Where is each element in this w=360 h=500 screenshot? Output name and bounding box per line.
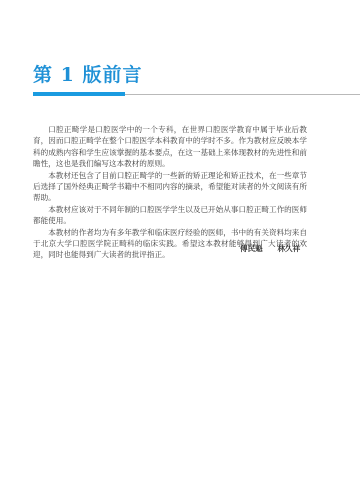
author-name: 林久祥: [277, 244, 300, 253]
preface-body: 口腔正畸学是口腔医学中的一个专科，在世界口腔医学教育中属于毕业后教育，因而口腔正…: [33, 124, 307, 261]
page-title: 第 1 版前言: [33, 63, 142, 87]
author-name: 傅民魁: [240, 244, 263, 253]
document-page: 第 1 版前言 口腔正畸学是口腔医学中的一个专科，在世界口腔医学教育中属于毕业后…: [0, 0, 360, 500]
paragraph: 本教材还包含了目前口腔正畸学的一些新的矫正理论和矫正技术，在一些章节后选择了国外…: [33, 170, 307, 204]
paragraph: 本教材应该对于不同年制的口腔医学学生以及已开始从事口腔正畸工作的医师都能使用。: [33, 204, 307, 227]
title-accent-bar: [33, 92, 125, 96]
author-signature: 傅民魁 林久祥: [240, 243, 300, 254]
paragraph: 口腔正畸学是口腔医学中的一个专科，在世界口腔医学教育中属于毕业后教育，因而口腔正…: [33, 124, 307, 170]
